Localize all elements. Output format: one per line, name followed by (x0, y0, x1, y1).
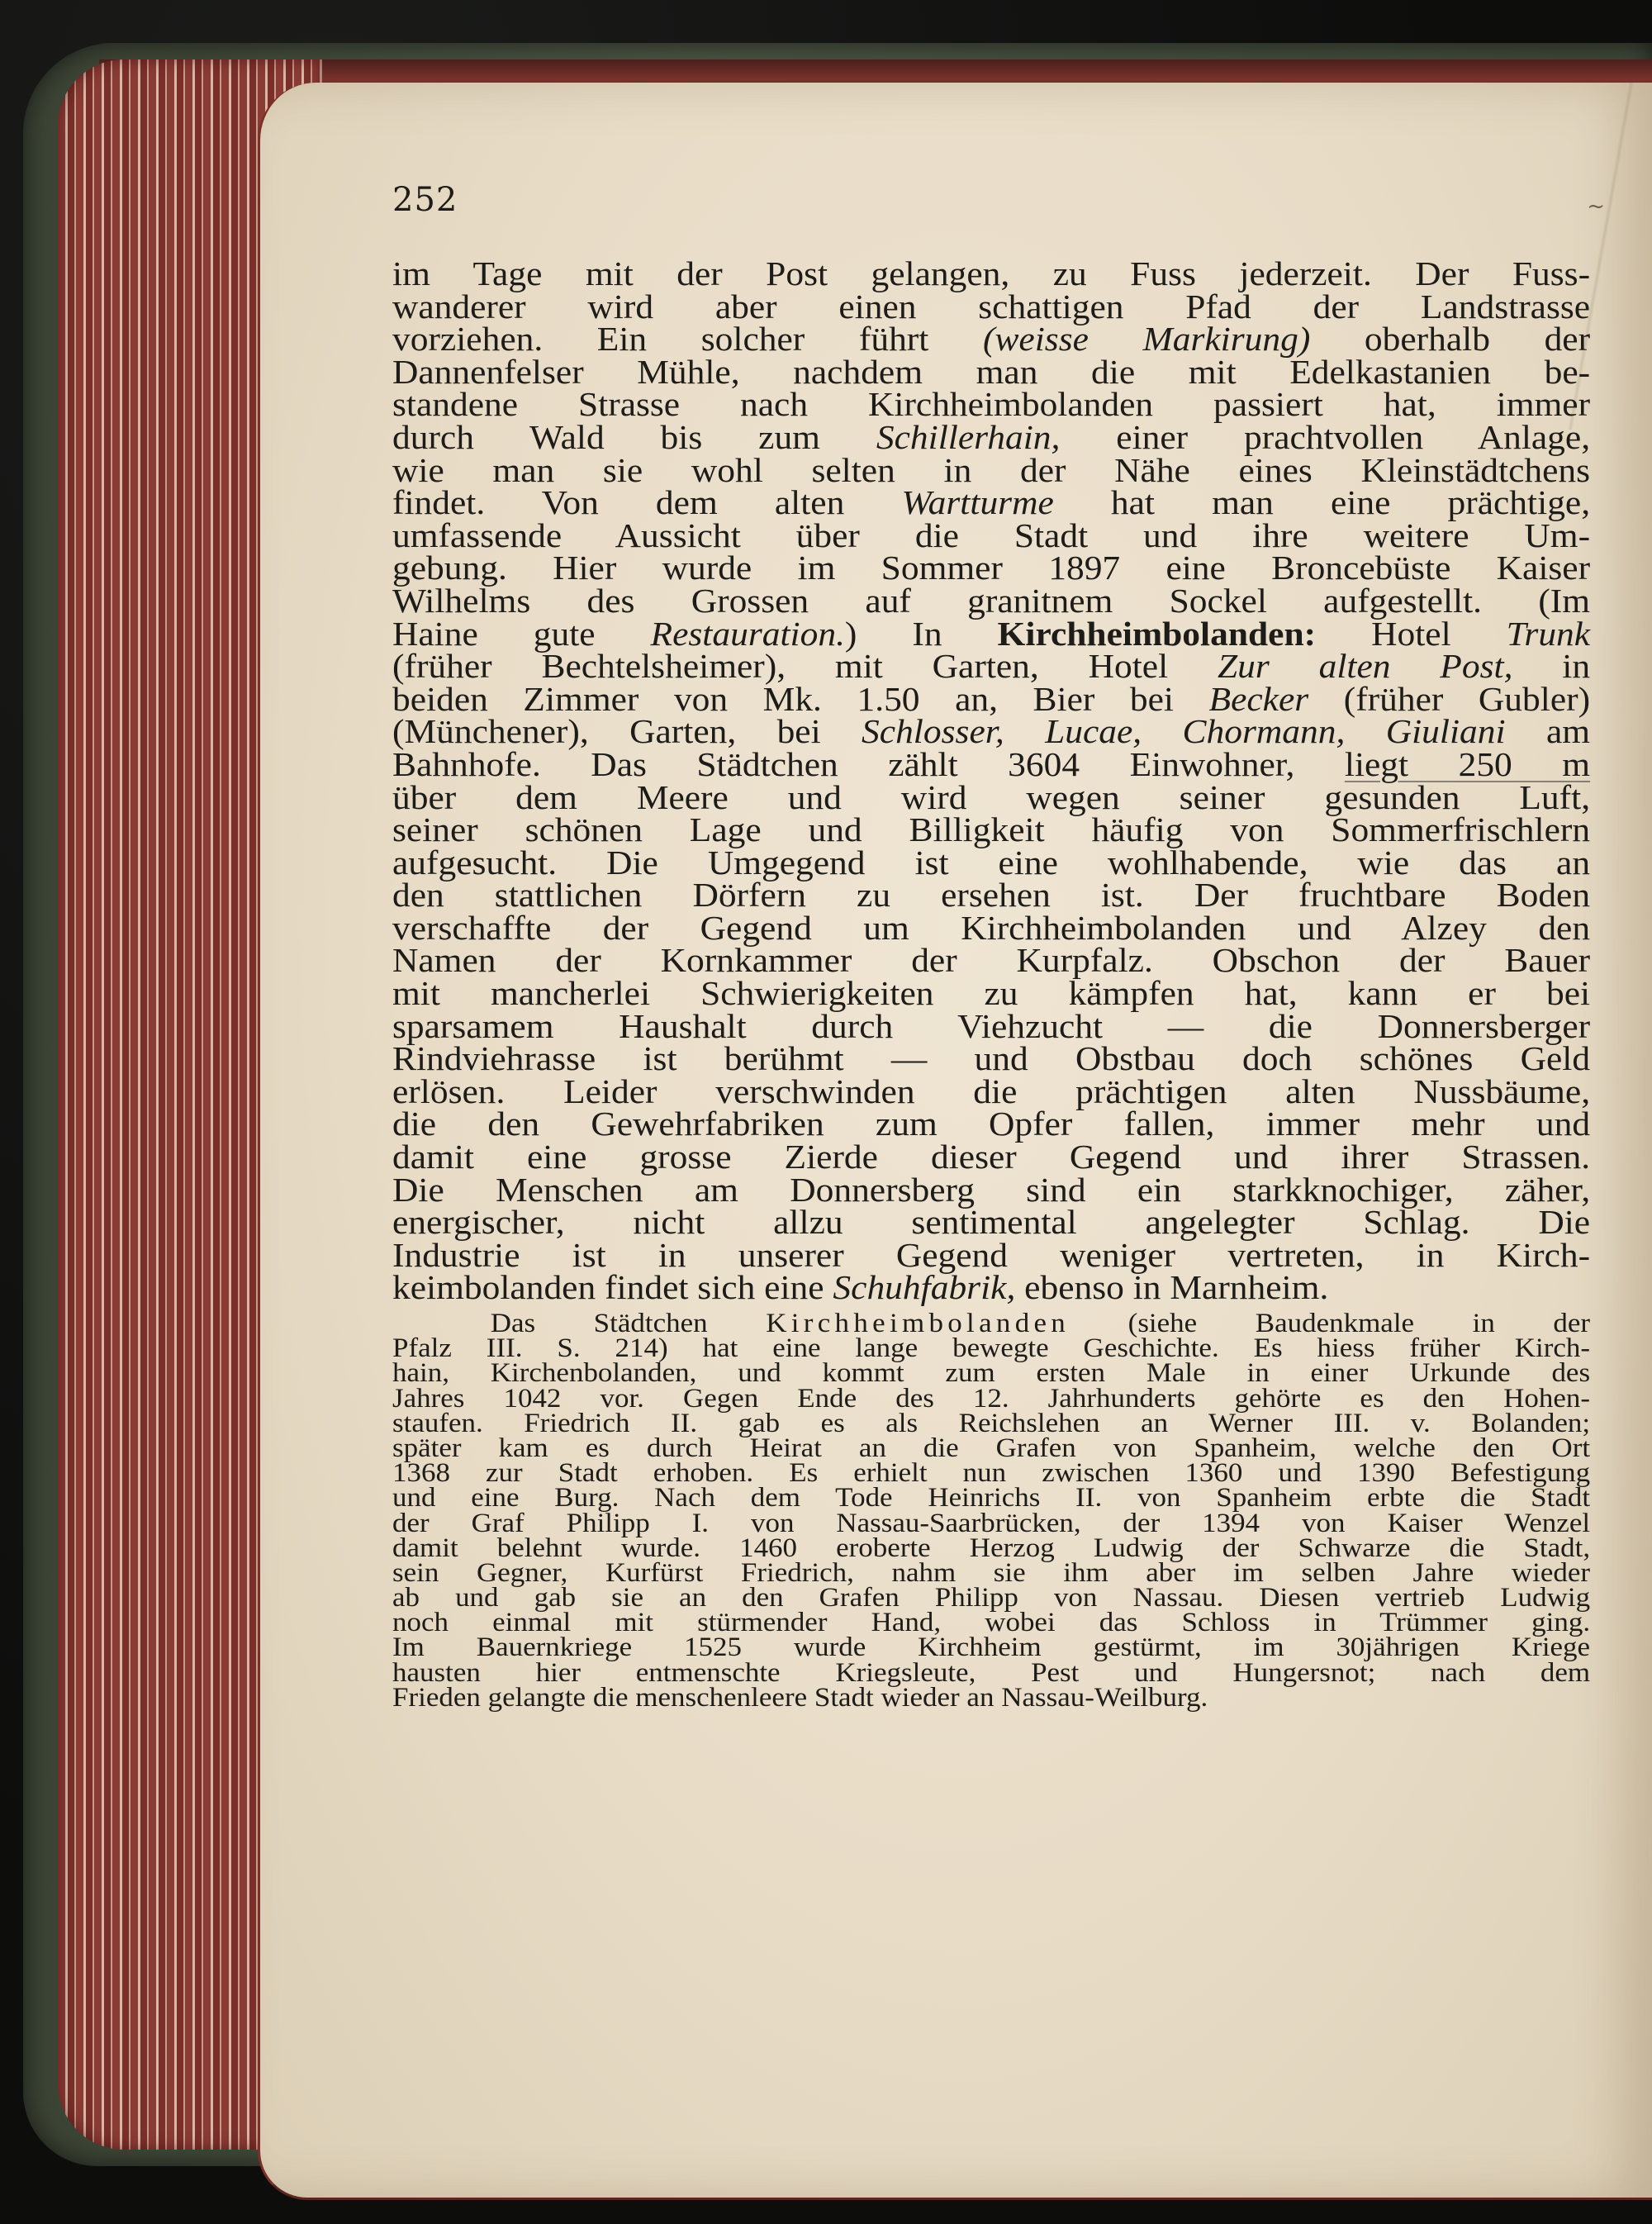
main-line: umfassende Aussicht über die Stadt und i… (392, 520, 1590, 553)
main-line: erlösen. Leider verschwinden die prächti… (392, 1076, 1590, 1109)
main-line: gebung. Hier wurde im Sommer 1897 eine B… (392, 552, 1590, 585)
main-line: im Tage mit der Post gelangen, zu Fuss j… (392, 258, 1590, 291)
main-line: (früher Bechtelsheimer), mit Garten, Hot… (392, 650, 1590, 683)
note-line: hain, Kirchenbolanden, und kommt zum ers… (392, 1361, 1590, 1385)
main-line: sparsamem Haushalt durch Viehzucht — die… (392, 1010, 1590, 1043)
page-content: 252 im Tage mit der Post gelangen, zu Fu… (392, 183, 1590, 1710)
main-line: energischer, nicht allzu sentimental ang… (392, 1206, 1590, 1239)
italic-text-run: Schuhfabrik, (833, 1268, 1015, 1306)
main-line: beiden Zimmer von Mk. 1.50 an, Bier bei … (392, 683, 1590, 716)
main-line: Rindviehrasse ist berühmt — und Obstbau … (392, 1043, 1590, 1076)
main-line: durch Wald bis zum Schillerhain, einer p… (392, 421, 1590, 454)
note-line: der Graf Philipp I. von Nassau-Saarbrück… (392, 1511, 1590, 1536)
note-line: Im Bauernkriege 1525 wurde Kirchheim ges… (392, 1635, 1590, 1660)
note-line: Frieden gelangte die menschenleere Stadt… (392, 1685, 1590, 1710)
note-line: später kam es durch Heirat an die Grafen… (392, 1436, 1590, 1461)
note-line: staufen. Friedrich II. gab es als Reichs… (392, 1411, 1590, 1436)
main-line: Die Menschen am Donnersberg sind ein sta… (392, 1174, 1590, 1207)
text-run: Frieden gelangte die menschenleere Stadt… (392, 1683, 1208, 1713)
main-line: damit eine grosse Zierde dieser Gegend u… (392, 1141, 1590, 1174)
main-line: den stattlichen Dörfern zu ersehen ist. … (392, 879, 1590, 912)
main-line: wanderer wird aber einen schattigen Pfad… (392, 291, 1590, 324)
note-line: Das Städtchen Kirchheimbolanden (siehe B… (392, 1311, 1590, 1336)
main-line: aufgesucht. Die Umgegend ist eine wohlha… (392, 847, 1590, 880)
note-line: 1368 zur Stadt erhoben. Es erhielt nun z… (392, 1461, 1590, 1485)
main-line: verschaffte der Gegend um Kirchheimbolan… (392, 912, 1590, 945)
note-line: ab und gab sie an den Grafen Philipp von… (392, 1585, 1590, 1610)
main-line: Industrie ist in unserer Gegend weniger … (392, 1239, 1590, 1272)
main-line: (Münchener), Garten, bei Schlosser, Luca… (392, 715, 1590, 748)
main-line: standene Strasse nach Kirchheimbolanden … (392, 388, 1590, 421)
note-line: damit belehnt wurde. 1460 eroberte Herzo… (392, 1536, 1590, 1561)
main-line: über dem Meere und wird wegen seiner ges… (392, 782, 1590, 815)
main-line: wie man sie wohl selten in der Nähe eine… (392, 454, 1590, 487)
note-line: hausten hier entmenschte Kriegsleute, Pe… (392, 1661, 1590, 1685)
main-line: mit mancherlei Schwierigkeiten zu kämpfe… (392, 977, 1590, 1010)
main-line: Dannenfelser Mühle, nachdem man die mit … (392, 356, 1590, 389)
note-line: Jahres 1042 vor. Gegen Ende des 12. Jahr… (392, 1386, 1590, 1411)
small-print-history-note: Das Städtchen Kirchheimbolanden (siehe B… (392, 1311, 1590, 1710)
main-line: Wilhelms des Grossen auf granitnem Socke… (392, 585, 1590, 618)
page-number: 252 (392, 183, 1590, 216)
note-line: und eine Burg. Nach dem Tode Heinrichs I… (392, 1485, 1590, 1510)
main-line: die den Gewehrfabriken zum Opfer fallen,… (392, 1108, 1590, 1141)
note-line: Pfalz III. S. 214) hat eine lange bewegt… (392, 1336, 1590, 1361)
main-line: seiner schönen Lage und Billigkeit häufi… (392, 814, 1590, 847)
main-line: Haine gute Restauration.) In Kirchheimbo… (392, 618, 1590, 651)
text-run: keimbolanden findet sich eine (392, 1268, 833, 1306)
main-line: Namen der Kornkammer der Kurpfalz. Obsch… (392, 944, 1590, 977)
main-line: Bahnhofe. Das Städtchen zählt 3604 Einwo… (392, 748, 1590, 782)
main-line: vorziehen. Ein solcher führt (weisse Mar… (392, 323, 1590, 356)
main-text-block: im Tage mit der Post gelangen, zu Fuss j… (392, 258, 1590, 1304)
main-line: findet. Von dem alten Wartturme hat man … (392, 487, 1590, 520)
note-line: noch einmal mit stürmender Hand, wobei d… (392, 1610, 1590, 1635)
note-line: sein Gegner, Kurfürst Friedrich, nahm si… (392, 1561, 1590, 1585)
text-run: ebenso in Marnheim. (1015, 1268, 1328, 1306)
main-line: keimbolanden findet sich eine Schuhfabri… (392, 1271, 1590, 1304)
book-page: ~ 252 im Tage mit der Post gelangen, zu … (258, 83, 1652, 2200)
